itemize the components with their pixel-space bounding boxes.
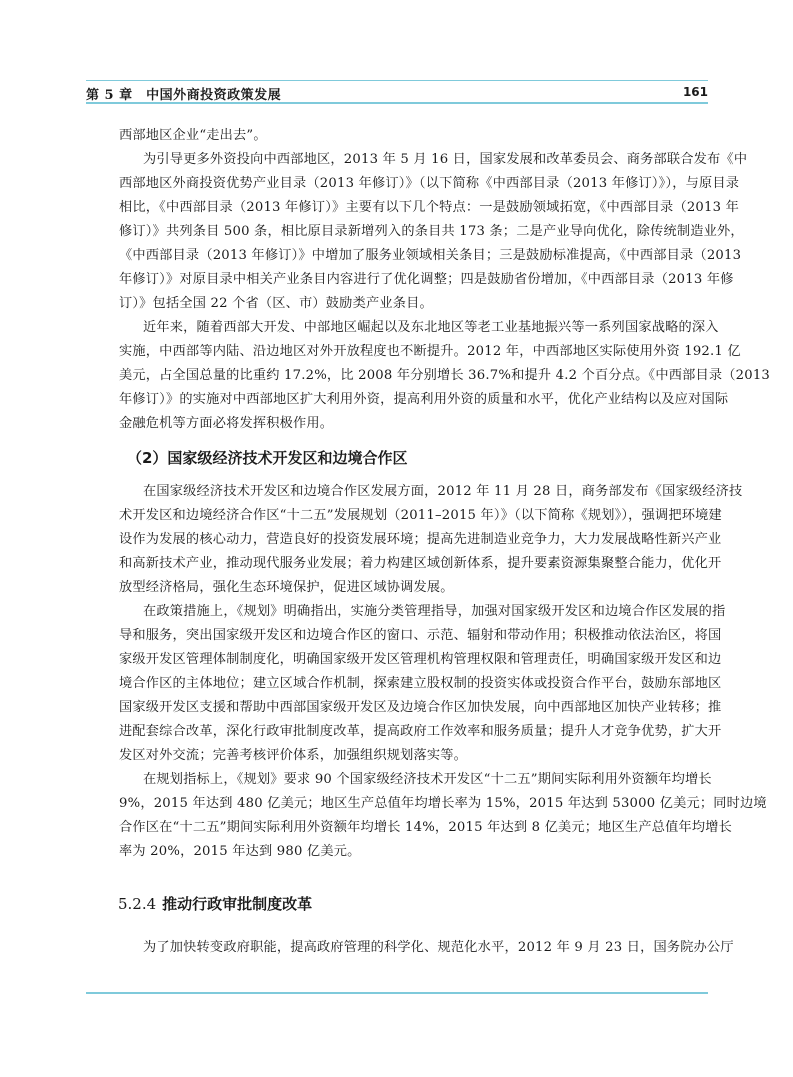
text-line: 境合作区的主体地位；建立区域合作机制，探索建立股权制的投资实体或投资合作平台，鼓…: [119, 676, 707, 692]
chapter-title: 第 5 章 中国外商投资政策发展: [86, 84, 281, 103]
text-line: 率为 20%，2015 年达到 980 亿美元。: [119, 844, 707, 860]
section-number: 5.2.4: [118, 895, 156, 913]
text-line: 导和服务，突出国家级开发区和边境合作区的窗口、示范、辐射和带动作用；积极推动依法…: [119, 628, 707, 644]
text-line: 金融危机等方面必将发挥积极作用。: [119, 416, 707, 432]
text-line: 《中西部目录（2013 年修订）》中增加了服务业领域相关条目；三是鼓励标准提高，…: [119, 248, 707, 264]
text-line: 9%，2015 年达到 480 亿美元；地区生产总值年均增长率为 15%，201…: [119, 796, 707, 812]
text-line: 和高新技术产业，推动现代服务业发展；着力构建区域创新体系，提升要素资源集聚整合能…: [119, 556, 707, 572]
subheading: （2）国家级经济技术开发区和边境合作区: [127, 447, 407, 468]
text-line: 在规划指标上，《规划》要求 90 个国家级经济技术开发区“十二五”期间实际利用外…: [143, 772, 707, 788]
text-line: 年修订）》的实施对中西部地区扩大利用外资，提高利用外资的质量和水平，优化产业结构…: [119, 392, 707, 408]
footer-rule: [86, 992, 708, 994]
text-line: 家级开发区管理体制制度化，明确国家级开发区管理机构管理权限和管理责任，明确国家级…: [119, 652, 707, 668]
text-line: 设作为发展的核心动力，营造良好的投资发展环境；提高先进制造业竞争力，大力发展战略…: [119, 532, 707, 548]
text-line: 实施，中西部等内陆、沿边地区对外开放程度也不断提升。2012 年，中西部地区实际…: [119, 344, 707, 360]
section-heading: 5.2.4推动行政审批制度改革: [118, 893, 312, 914]
text-line: 西部地区外商投资优势产业目录（2013 年修订）》（以下简称《中西部目录（201…: [119, 176, 707, 192]
page-number: 161: [683, 85, 708, 99]
text-line: 年修订）》对原目录中相关产业条目内容进行了优化调整；四是鼓励省份增加，《中西部目…: [119, 272, 707, 288]
text-line: 修订）》共列条目 500 条，相比原目录新增列入的条目共 173 条；二是产业导…: [119, 224, 707, 240]
text-line: 相比，《中西部目录（2013 年修订）》主要有以下几个特点：一是鼓励领域拓宽，《…: [119, 200, 707, 216]
text-line: 国家级开发区支援和帮助中西部国家级开发区及边境合作区加快发展，向中西部地区加快产…: [119, 700, 707, 716]
text-line: 发区对外交流；完善考核评价体系，加强组织规划落实等。: [119, 748, 707, 764]
text-line: 美元，占全国总量的比重约 17.2%，比 2008 年分别增长 36.7%和提升…: [119, 368, 707, 384]
section-title: 推动行政审批制度改革: [162, 895, 312, 913]
text-line: 为引导更多外资投向中西部地区，2013 年 5 月 16 日，国家发展和改革委员…: [143, 152, 707, 168]
text-line: 术开发区和边境经济合作区“十二五”发展规划（2011–2015 年）》（以下简称…: [119, 508, 707, 524]
header-rule-bottom: [86, 102, 708, 104]
text-line: 在国家级经济技术开发区和边境合作区发展方面，2012 年 11 月 28 日，商…: [143, 484, 707, 500]
text-line: 放型经济格局，强化生态环境保护，促进区域协调发展。: [119, 580, 707, 596]
text-line: 合作区在“十二五”期间实际利用外资额年均增长 14%，2015 年达到 8 亿美…: [119, 820, 707, 836]
text-line: 订）》包括全国 22 个省（区、市）鼓励类产业条目。: [119, 296, 707, 312]
text-line: 西部地区企业“走出去”。: [119, 128, 707, 144]
header-rule-top: [86, 80, 708, 81]
text-line: 为了加快转变政府职能，提高政府管理的科学化、规范化水平，2012 年 9 月 2…: [143, 940, 707, 956]
running-header: 第 5 章 中国外商投资政策发展 161: [86, 84, 708, 102]
text-line: 近年来，随着西部大开发、中部地区崛起以及东北地区等老工业基地振兴等一系列国家战略…: [143, 320, 707, 336]
text-line: 进配套综合改革，深化行政审批制度改革，提高政府工作效率和服务质量；提升人才竞争优…: [119, 724, 707, 740]
text-line: 在政策措施上，《规划》明确指出，实施分类管理指导，加强对国家级开发区和边境合作区…: [143, 604, 707, 620]
